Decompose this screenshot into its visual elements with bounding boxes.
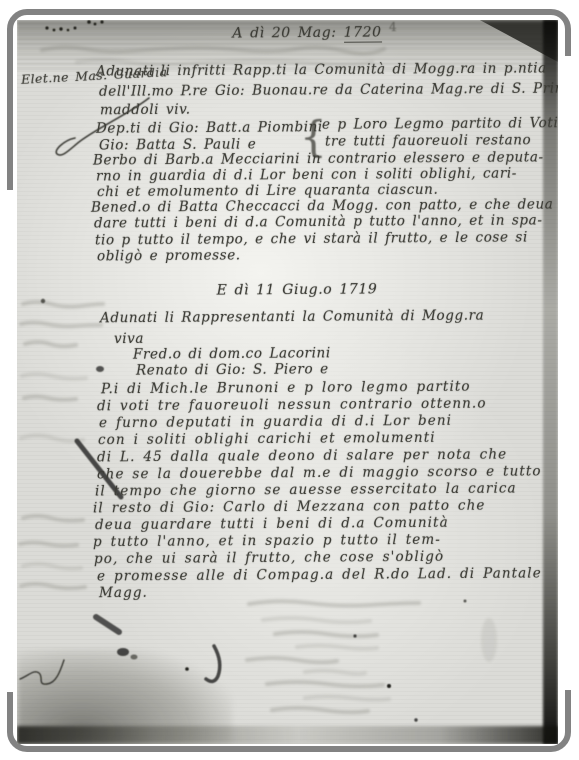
manuscript-line: maddoli viv.	[100, 102, 191, 119]
manuscript-line: dare tutti i beni di d.a Comunità p tutt…	[94, 212, 543, 231]
manuscript-line: di voti tre fauoreuoli nessun contrario …	[97, 396, 487, 415]
manuscript-line: e promesse alle di Compag.a del R.do Lad…	[97, 565, 542, 584]
manuscript-line: Adunati li infritti Rapp.ti la Comunità …	[96, 60, 547, 79]
deputy-name-line: Fred.o di dom.co Lacorini	[133, 345, 331, 362]
manuscript-line: che se la douerebbe dal m.e di maggio sc…	[97, 463, 542, 482]
manuscript-line: rno in guardia di d.i Lor beni con i sol…	[96, 166, 517, 185]
frame-side-gap-left	[0, 190, 16, 692]
manuscript-line: dell'Ill.mo P.re Gio: Buonau.re da Cater…	[99, 80, 558, 100]
manuscript-line: di L. 45 dalla quale deono di salare per…	[97, 447, 507, 466]
manuscript-line: obligò e promesse.	[97, 247, 241, 264]
manuscript-line: po, che ui sarà il frutto, che cose s'ob…	[94, 549, 444, 567]
manuscript-line: il tempo che giorno se auesse essercitat…	[95, 481, 517, 500]
manuscript-line: Magg.	[99, 585, 148, 601]
manuscript-line: Adunati li Rappresentanti la Comunità di…	[100, 308, 484, 327]
date-heading-1: A dì 20 Mag:1720	[187, 24, 427, 44]
manuscript-line: p tutto l'anno, et in spazio p tutto il …	[93, 532, 441, 550]
manuscript-line: e furno deputati in guardia di d.i Lor b…	[99, 413, 452, 431]
manuscript-line: e p Loro Legmo partito di Voti	[322, 115, 558, 133]
manuscript-line: P.i di Mich.le Brunoni e p loro legmo pa…	[101, 379, 471, 398]
frame-side-gap-right	[561, 56, 579, 690]
manuscript-line: con i soliti oblighi carichi et emolumen…	[98, 430, 436, 448]
manuscript-line: viva	[114, 331, 144, 347]
manuscript-line: tio p tutto il tempo, e che vi starà il …	[95, 229, 528, 248]
scan-dark-bottom-band	[17, 726, 558, 744]
scanned-document-view: 4 A dì 20 Mag:1720 Elet.ne Mas. Guardia …	[0, 0, 579, 760]
heading-1-year-underlined: 1720	[344, 24, 382, 42]
deputy-name-line: Dep.ti di Gio: Batt.a Piombini	[96, 119, 323, 137]
manuscript-line: tre tutti fauoreuoli restano	[325, 132, 531, 149]
manuscript-page: 4 A dì 20 Mag:1720 Elet.ne Mas. Guardia …	[17, 20, 558, 744]
manuscript-line: deua guardare tutti i beni di d.a Comuni…	[95, 515, 449, 533]
deputy-name-line: Renato di Gio: S. Piero e	[136, 361, 329, 378]
heading-1-date-text: A dì 20 Mag:	[232, 25, 336, 42]
date-heading-2: E dì 11 Giug.o 1719	[187, 281, 407, 299]
manuscript-line: il resto di Gio: Carlo di Mezzana con pa…	[93, 498, 486, 517]
